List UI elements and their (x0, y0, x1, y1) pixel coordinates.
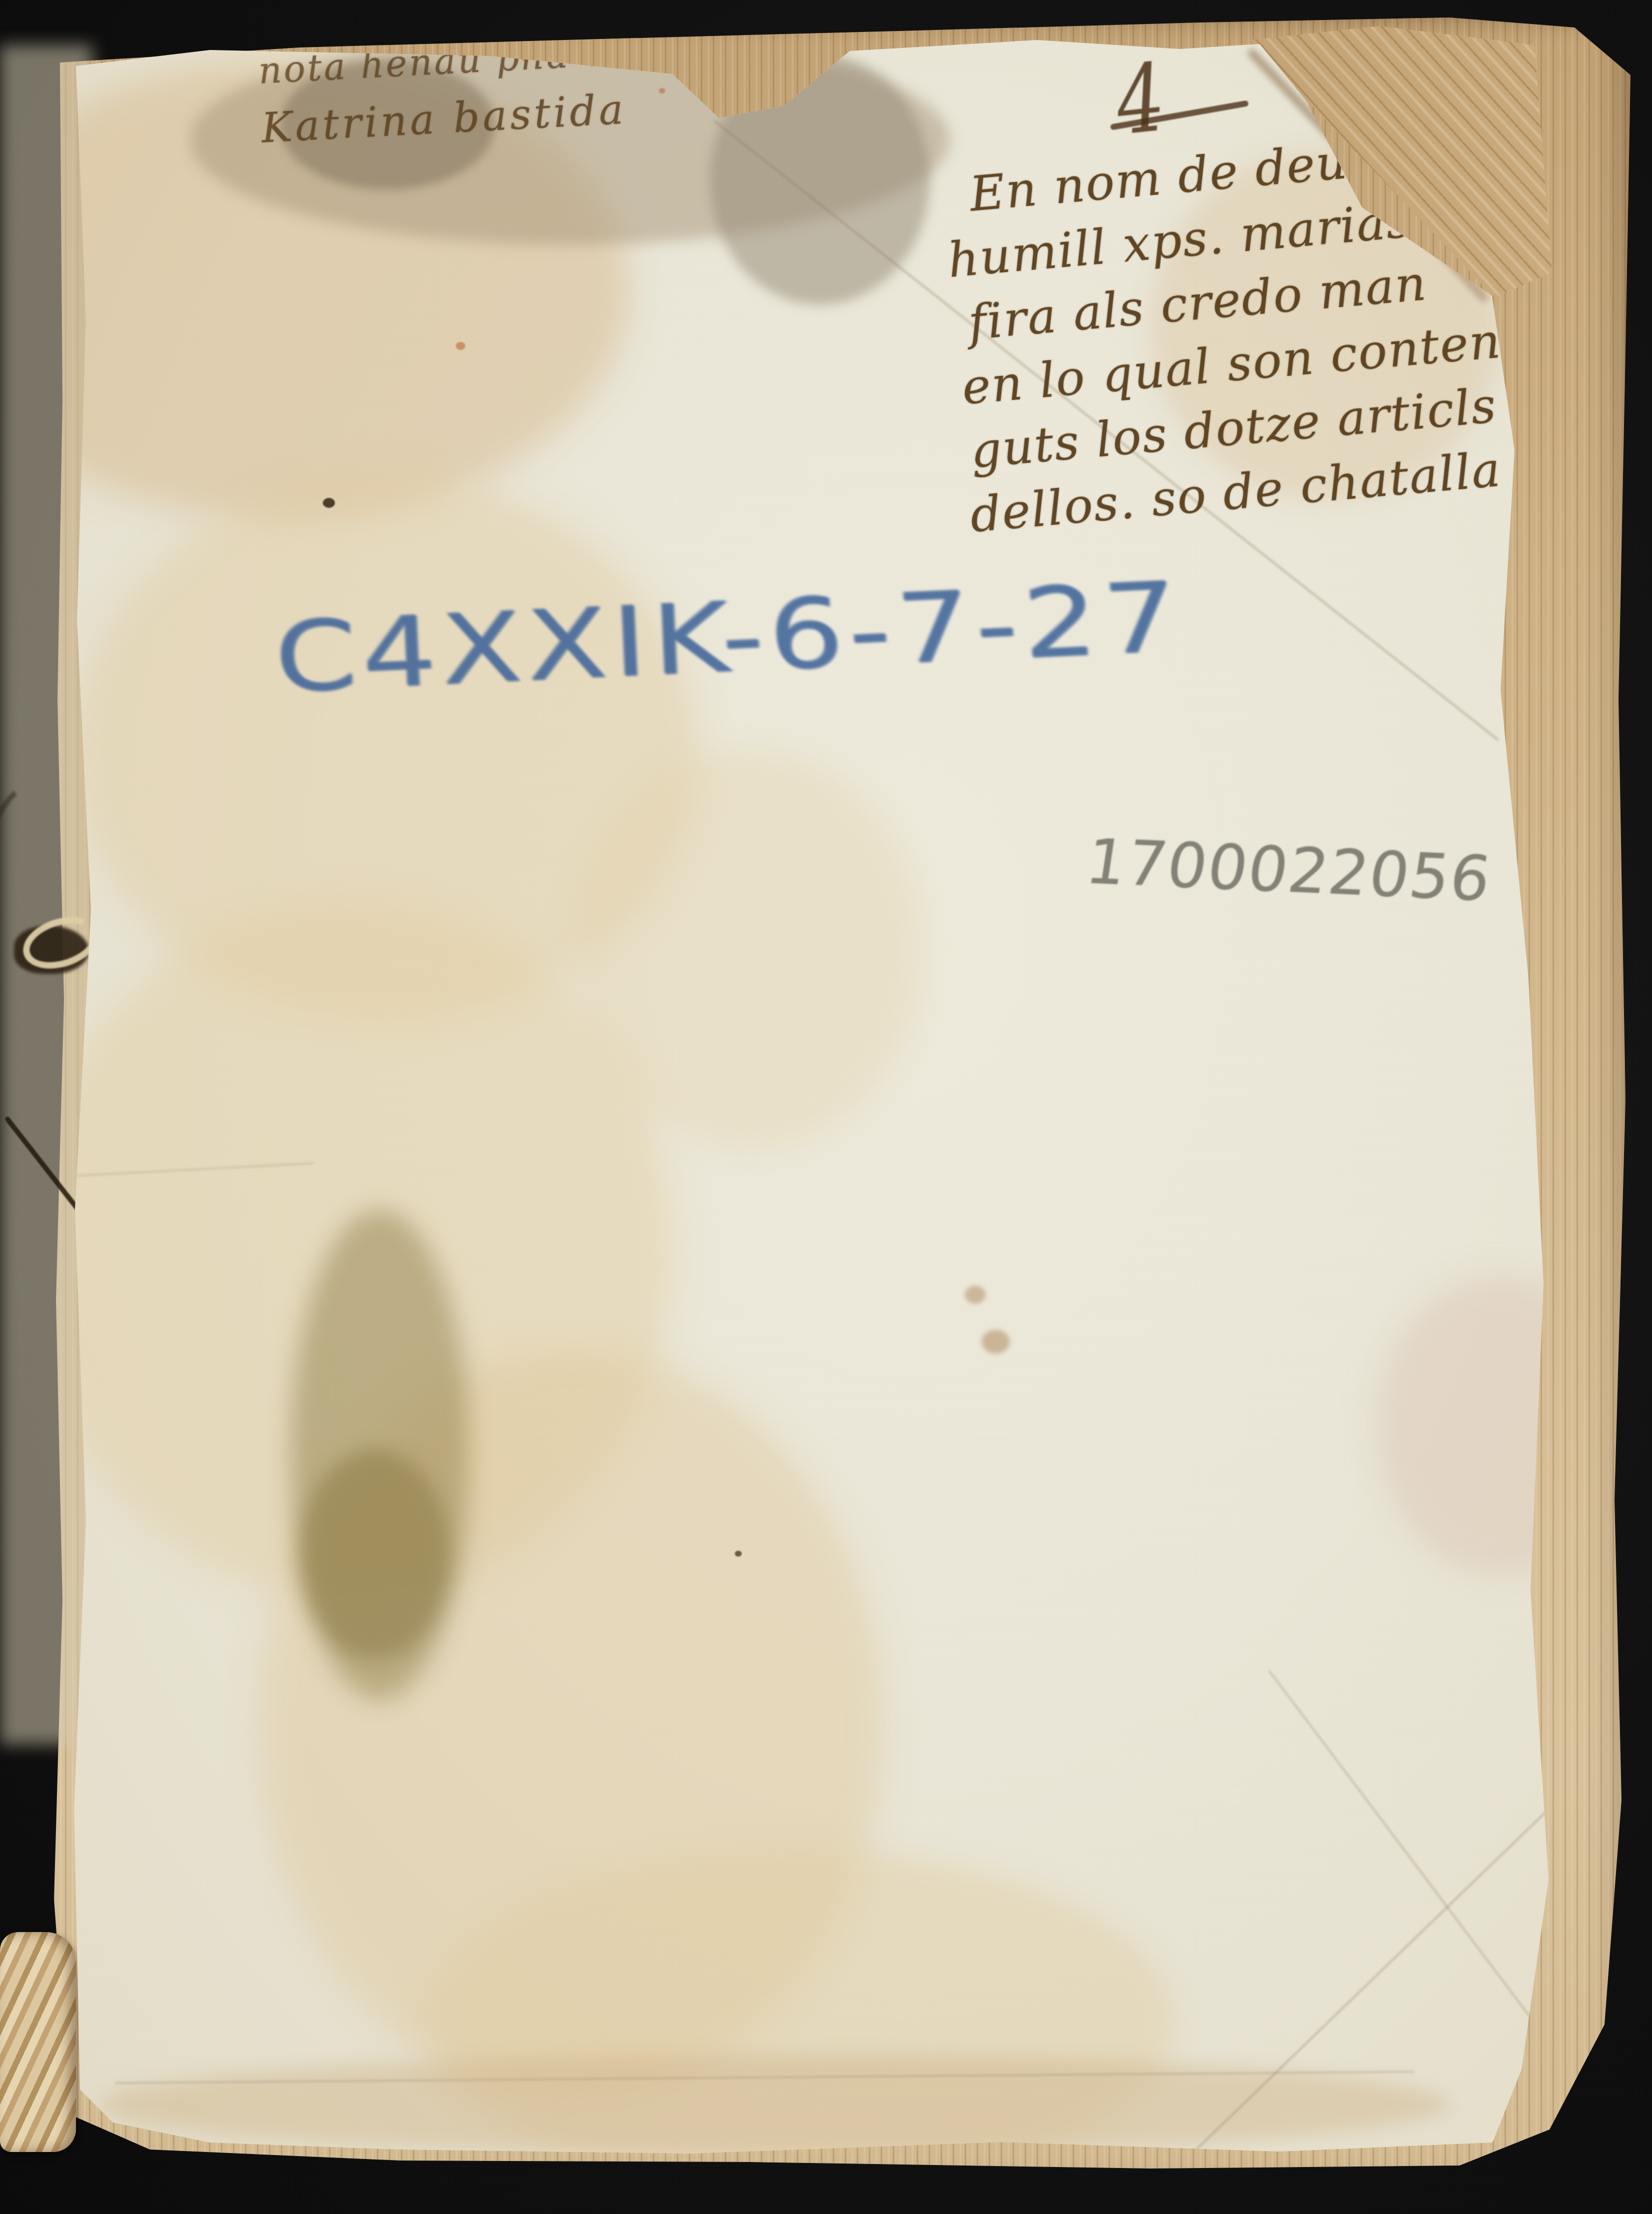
stain-bottom-band (100, 2055, 1450, 2155)
manuscript-photo: nota henau pha varia Katrina bastida 4 E… (0, 0, 1652, 2214)
olive-stain-core (300, 1450, 450, 1660)
rust-speck-3 (456, 342, 465, 350)
ink-dot (323, 498, 335, 508)
folio-mark-digit: 4 (1111, 43, 1170, 156)
folio-mark: 4 (1112, 54, 1169, 145)
corner-fold-crease-2 (1268, 1670, 1541, 2030)
ink-speck (735, 1551, 742, 1557)
pencil-inventory-number: 1700022056 (1082, 826, 1497, 915)
sewn-quire-ends (0, 1932, 76, 2152)
brown-freckle-1 (965, 1286, 986, 1304)
water-stain-tongue (575, 750, 925, 1150)
brown-freckle-2 (982, 1330, 1010, 1354)
manuscript-page: nota henau pha varia Katrina bastida 4 E… (0, 0, 1652, 2214)
